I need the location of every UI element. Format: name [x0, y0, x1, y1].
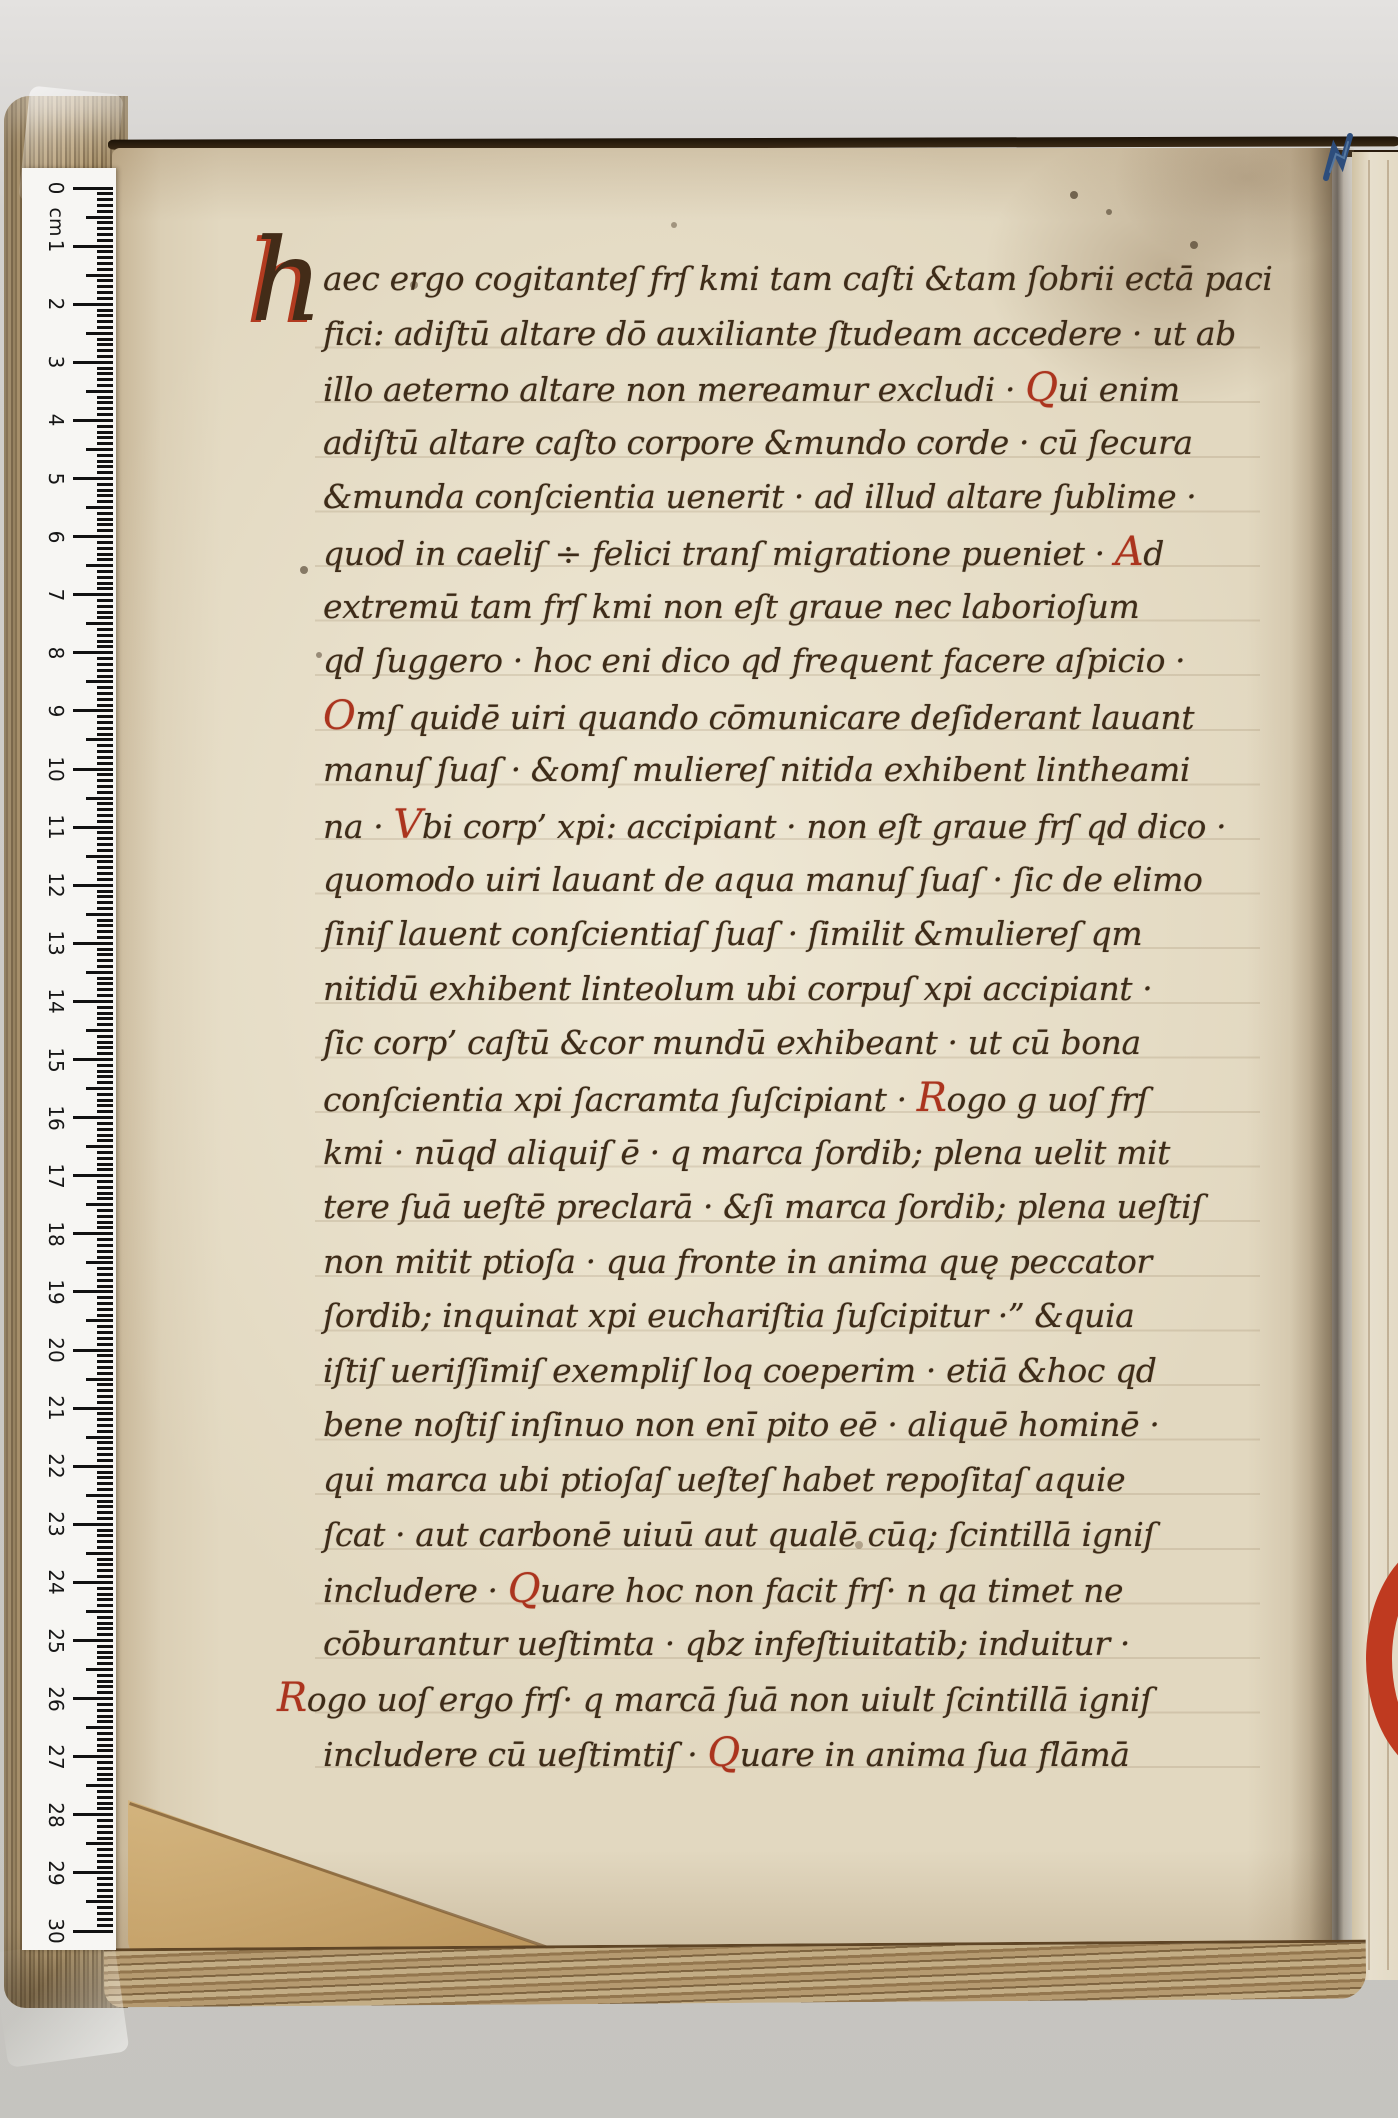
ink-specks: [112, 148, 116, 152]
ruler-tick: [97, 1023, 113, 1026]
ruler-tick: [97, 1685, 113, 1688]
ruler-tick: [97, 1749, 113, 1752]
manuscript-line: kmi · nūqd aliquiſ ē · q marca ſordib; p…: [323, 1126, 1263, 1181]
manuscript-line: qui marca ubi ptioſaſ ueſteſ habet repoſ…: [323, 1453, 1263, 1508]
ruler-tick: [97, 1075, 113, 1078]
ruler-tick: [97, 460, 113, 463]
ruler-tick: [97, 1110, 113, 1113]
ink-text: &munda conſcientia uenerit · ad illud al…: [323, 477, 1196, 516]
ruler-tick: [97, 1778, 113, 1781]
ruler-tick: [97, 1790, 113, 1793]
ink-text: tere ſuā ueſtē preclarā · &ſi marca ſord…: [323, 1187, 1203, 1226]
ruler-tick: [73, 884, 113, 887]
ruler-tick: [86, 913, 113, 916]
rubric-initial: Q: [1025, 365, 1057, 411]
ruler-tick: [97, 1627, 113, 1630]
manuscript-line: iſtiſ ueriſſimiſ exempliſ loq coeperim ·…: [323, 1344, 1263, 1399]
ruler-tick: [73, 1349, 113, 1352]
ruler-tick: [97, 1598, 113, 1601]
ruler-tick: [97, 1046, 113, 1049]
ruler-tick: [97, 436, 113, 439]
ruler-tick: [73, 1813, 113, 1816]
ruler-tick: [97, 1825, 113, 1828]
ruler-tick: [97, 587, 113, 590]
ruler-tick: [73, 1000, 113, 1003]
ruler-tick: [97, 494, 113, 497]
ruler-tick: [97, 675, 113, 678]
ruler-tick: [97, 1767, 113, 1770]
ruler-tick: [97, 1401, 113, 1404]
ruler-tick: [97, 1744, 113, 1747]
ruler-tick: [86, 564, 113, 567]
ruler-tick: [97, 1860, 113, 1863]
ruler-tick: [97, 628, 113, 631]
ruler-number: 28: [44, 1797, 68, 1833]
ruler-tick: [86, 1087, 113, 1090]
ruler-number: 9: [44, 693, 68, 729]
ruler-tick: [97, 343, 113, 346]
ruler-tick: [86, 1668, 113, 1671]
ruler-tick: [97, 1006, 113, 1009]
ink-text: nitidū exhibent linteolum ubi corpuſ xpi…: [323, 969, 1152, 1008]
ruler-tick: [97, 210, 113, 213]
ruler-tick: [97, 611, 113, 614]
ruler-tick: [97, 1505, 113, 1508]
ruler-tick: [97, 1517, 113, 1520]
manuscript-line: aec ergo cogitanteſ frſ kmi tam caſti &t…: [323, 252, 1263, 307]
manuscript-line: Omſ quidē uiri quando cōmunicare deſider…: [323, 689, 1263, 744]
manuscript-line: includere cū ueſtimtiſ · Quare in anima …: [323, 1726, 1263, 1781]
ruler-tick: [97, 977, 113, 980]
ink-text: aec ergo cogitanteſ frſ kmi tam caſti &t…: [323, 259, 1272, 298]
ruler-tick: [86, 448, 113, 451]
ruler-tick: [97, 1488, 113, 1491]
ruler-tick: [97, 268, 113, 271]
ink-text: na ·: [323, 807, 393, 846]
rubric-initial: R: [277, 1675, 307, 1721]
ruler-tick: [97, 1511, 113, 1514]
ink-text: ogo uoſ ergo frſ· q marcā ſuā non uiult …: [307, 1680, 1152, 1719]
ruler-tick: [97, 1889, 113, 1892]
ruler-tick: [97, 762, 113, 765]
ruler-tick: [97, 1807, 113, 1810]
ruler-tick: [97, 1296, 113, 1299]
ruler-tick: [97, 1424, 113, 1427]
ruler-tick: [86, 738, 113, 741]
ruler-tick: [97, 1041, 113, 1044]
ruler-tick: [97, 367, 113, 370]
ruler-tick: [97, 1192, 113, 1195]
ruler-tick: [97, 1680, 113, 1683]
ruler-tick: [97, 1447, 113, 1450]
ruler-tick: [97, 1395, 113, 1398]
ruler-tick: [97, 895, 113, 898]
ruler-tick: [97, 645, 113, 648]
ink-text: quomodo uiri lauant de aqua manuſ ſuaſ ·…: [323, 860, 1203, 899]
ruler-tick: [97, 1575, 113, 1578]
ruler-tick: [97, 500, 113, 503]
manuscript-line: extremū tam frſ kmi non eſt graue nec la…: [323, 580, 1263, 635]
ruler-tick: [97, 1837, 113, 1840]
ruler-tick: [73, 1930, 113, 1933]
ruler-tick: [86, 1203, 113, 1206]
ruler-tick: [97, 907, 113, 910]
ruler-number: 26: [44, 1681, 68, 1717]
ruler-tick: [97, 843, 113, 846]
ruler-tick: [97, 1267, 113, 1270]
ruler-tick: [73, 768, 113, 771]
ruler-tick: [73, 1871, 113, 1874]
ruler-tick: [97, 465, 113, 468]
ruler-tick: [86, 506, 113, 509]
ruler-tick: [97, 1070, 113, 1073]
ink-text: qd ſuggero · hoc eni dico qd frequent fa…: [323, 641, 1185, 680]
manuscript-line: na · Vbi corp’ xpi: accipiant · non eſt …: [323, 798, 1263, 853]
ink-text: uare hoc non facit frſ· n qa timet ne: [540, 1571, 1123, 1610]
ruler-tick: [97, 523, 113, 526]
ruler-tick: [97, 262, 113, 265]
ruler-tick: [97, 1877, 113, 1880]
ruler-tick: [97, 1366, 113, 1369]
ruler-tick: [97, 1651, 113, 1654]
ruler-tick: [97, 1622, 113, 1625]
ruler-tick: [97, 953, 113, 956]
ruler-tick: [97, 192, 113, 195]
ruler-tick: [97, 198, 113, 201]
ruler-tick: [97, 1337, 113, 1340]
ruler-tick: [97, 1895, 113, 1898]
ruler-tick: [97, 878, 113, 881]
ruler-tick: [97, 1633, 113, 1636]
ruler-tick: [97, 657, 113, 660]
ruler-tick: [97, 1012, 113, 1015]
ruler-tick: [97, 326, 113, 329]
ruler-tick: [97, 1064, 113, 1067]
manuscript-line: includere · Quare hoc non facit frſ· n q…: [323, 1562, 1263, 1617]
ruler-tick: [97, 1389, 113, 1392]
ruler-tick: [73, 1407, 113, 1410]
ruler-tick: [86, 855, 113, 858]
ruler-tick: [86, 1494, 113, 1497]
ruler-number: 5: [44, 461, 68, 497]
ruler-tick: [97, 948, 113, 951]
ruler-tick: [97, 1093, 113, 1096]
ruler-tick: [97, 814, 113, 817]
ruler-tick: [97, 640, 113, 643]
ruler-tick: [97, 1500, 113, 1503]
ruler-tick: [97, 936, 113, 939]
ruler-tick: [86, 1029, 113, 1032]
ruler-number: 10: [44, 751, 68, 787]
ruler-tick: [97, 1412, 113, 1415]
ruler-tick: [97, 837, 113, 840]
ruler-tick: [86, 1436, 113, 1439]
manuscript-line: cōburantur ueſtimta · qbz infeſtiuitatib…: [323, 1617, 1263, 1672]
ruler-tick: [73, 1755, 113, 1758]
rubric-initial: Q: [508, 1566, 540, 1612]
ink-text: bene noſtiſ inſinuo non enī pito eē · al…: [323, 1405, 1159, 1444]
ink-text: kmi · nūqd aliquiſ ē · q marca ſordib; p…: [323, 1133, 1170, 1172]
ruler-tick: [97, 1308, 113, 1311]
ink-text: cōburantur ueſtimta · qbz infeſtiuitatib…: [323, 1624, 1130, 1663]
ruler-number: 17: [44, 1158, 68, 1194]
ruler-tick: [97, 547, 113, 550]
ruler-tick: [97, 634, 113, 637]
ruler-tick: [73, 245, 113, 248]
ink-text: includere cū ueſtimtiſ ·: [323, 1735, 707, 1774]
manuscript-line: bene noſtiſ inſinuo non enī pito eē · al…: [323, 1398, 1263, 1453]
ruler-tick: [86, 1900, 113, 1903]
ruler-tick: [86, 971, 113, 974]
ruler-tick: [97, 988, 113, 991]
ruler-number: 11: [44, 809, 68, 845]
ink-text: illo aeterno altare non mereamur excludi…: [323, 370, 1025, 409]
ruler-tick: [73, 303, 113, 306]
ruler-tick: [97, 1738, 113, 1741]
ruler-tick: [97, 1540, 113, 1543]
book-gutter-shadow: [1290, 148, 1354, 1980]
manuscript-line: ſiniſ lauent conſcientiaſ ſuaſ · ſimilit…: [323, 907, 1263, 962]
ruler-number: 2: [44, 286, 68, 322]
ruler-tick: [73, 1639, 113, 1642]
ruler-tick: [73, 1232, 113, 1235]
ruler-tick: [97, 1279, 113, 1282]
ruler-tick: [73, 1174, 113, 1177]
ruler-tick: [97, 314, 113, 317]
ruler-tick: [97, 616, 113, 619]
ruler-tick: [73, 593, 113, 596]
ruler-unit-label: cm: [45, 204, 67, 240]
ruler-tick: [97, 1720, 113, 1723]
ruler-tick: [97, 1134, 113, 1137]
ruler-tick: [97, 1476, 113, 1479]
ruler-tick: [97, 727, 113, 730]
ruler-tick: [97, 715, 113, 718]
ruler-tick: [97, 396, 113, 399]
ruler-tick: [97, 355, 113, 358]
ruler-number: 4: [44, 402, 68, 438]
ruler-tick: [97, 1563, 113, 1566]
ruler-tick: [73, 1465, 113, 1468]
ruler-tick: [73, 1116, 113, 1119]
ruler-tick: [97, 1482, 113, 1485]
manuscript-photo-scene: 0123456789101112131415161718192021222324…: [0, 0, 1398, 2118]
ink-text: d: [1143, 534, 1164, 573]
rubric-initial: Q: [707, 1730, 739, 1776]
ink-text: quod in caeliſ ÷ felici tranſ migratione…: [323, 534, 1115, 573]
ink-text: iſtiſ ueriſſimiſ exempliſ loq coeperim ·…: [323, 1351, 1157, 1390]
ruler-number: 7: [44, 577, 68, 613]
manuscript-text-block: aec ergo cogitanteſ frſ kmi tam caſti &t…: [323, 252, 1263, 1781]
ruler-number: 19: [44, 1274, 68, 1310]
ruler-number: 8: [44, 635, 68, 671]
ruler-tick: [97, 872, 113, 875]
ruler-tick: [97, 663, 113, 666]
ruler-tick: [97, 1593, 113, 1596]
ruler-tick: [97, 1186, 113, 1189]
rubric-initial: V: [393, 802, 422, 848]
ruler-tick: [97, 1831, 113, 1834]
ruler-tick: [97, 309, 113, 312]
ruler-tick: [97, 1099, 113, 1102]
ruler-tick: [97, 221, 113, 224]
ruler-tick: [97, 1256, 113, 1259]
ruler-tick: [97, 1883, 113, 1886]
ruler-tick: [97, 291, 113, 294]
ink-text: ſiniſ lauent conſcientiaſ ſuaſ · ſimilit…: [323, 914, 1142, 953]
ruler-tick: [97, 1215, 113, 1218]
ruler-number: 13: [44, 925, 68, 961]
ruler-tick: [97, 1302, 113, 1305]
ruler-tick: [97, 512, 113, 515]
ruler-tick: [97, 1604, 113, 1607]
ruler-tick: [73, 535, 113, 538]
ruler-tick: [97, 1459, 113, 1462]
ruler-tick: [97, 924, 113, 927]
ruler-tick: [97, 919, 113, 922]
ruler-tick: [97, 401, 113, 404]
manuscript-line: ſic corp’ caſtū &cor mundū exhibeant · u…: [323, 1016, 1263, 1071]
ruler-tick: [97, 297, 113, 300]
ruler-tick: [97, 1558, 113, 1561]
ink-text: qui marca ubi ptioſaſ ueſteſ habet repoſ…: [323, 1460, 1125, 1499]
ruler-tick: [97, 1238, 113, 1241]
manuscript-line: conſcientia xpi ſacramta ſuſcipiant · Ro…: [323, 1071, 1263, 1126]
ruler-tick: [97, 994, 113, 997]
ruler-tick: [97, 1180, 113, 1183]
ruler-tick: [97, 982, 113, 985]
ink-text: non mitit ptioſa · qua fronte in anima q…: [323, 1242, 1152, 1281]
ruler-tick: [97, 239, 113, 242]
ruler-tick: [97, 1924, 113, 1927]
ruler-tick: [97, 1773, 113, 1776]
ruler-tick: [73, 419, 113, 422]
manuscript-line: tere ſuā ueſtē preclarā · &ſi marca ſord…: [323, 1180, 1263, 1235]
ruler-tick: [97, 1819, 113, 1822]
ruler-tick: [97, 1529, 113, 1532]
ruler-tick: [86, 332, 113, 335]
ruler-tick: [97, 890, 113, 893]
manuscript-line: &munda conſcientia uenerit · ad illud al…: [323, 470, 1263, 525]
ruler-tick: [97, 750, 113, 753]
ruler-tick: [97, 558, 113, 561]
ruler-tick: [97, 965, 113, 968]
ruler-tick: [86, 1319, 113, 1322]
ruler-number: 3: [44, 344, 68, 380]
ruler-tick: [86, 797, 113, 800]
ruler-number: 24: [44, 1564, 68, 1600]
ruler-tick: [97, 1453, 113, 1456]
ruler-tick: [97, 686, 113, 689]
ruler-tick: [97, 442, 113, 445]
ruler-tick: [86, 680, 113, 683]
book-bottom-page-edges: [104, 1940, 1366, 2008]
ruler-tick: [97, 1017, 113, 1020]
ruler-tick: [86, 1726, 113, 1729]
ruler-tick: [97, 349, 113, 352]
ruler-tick: [97, 1674, 113, 1677]
ruler-tick: [97, 1331, 113, 1334]
manuscript-line: ſcat · aut carbonē uiuū aut qualē cūq; ſ…: [323, 1508, 1263, 1563]
ruler-tick: [97, 959, 113, 962]
ruler-tick: [97, 256, 113, 259]
manuscript-line: non mitit ptioſa · qua fronte in anima q…: [323, 1235, 1263, 1290]
ink-text: ſordib; inquinat xpi euchariſtia ſuſcipi…: [323, 1296, 1134, 1335]
ruler-tick: [97, 1273, 113, 1276]
ruler-tick: [97, 483, 113, 486]
ruler-tick: [73, 1581, 113, 1584]
ink-text: mſ quidē uiri quando cōmunicare deſidera…: [355, 698, 1194, 737]
ruler-tick: [97, 791, 113, 794]
ruler-tick: [97, 692, 113, 695]
ruler-number: 12: [44, 867, 68, 903]
ruler-tick: [97, 733, 113, 736]
ink-text: ſic corp’ caſtū &cor mundū exhibeant · u…: [323, 1023, 1141, 1062]
ruler-tick: [97, 1912, 113, 1915]
ruler-tick: [97, 1418, 113, 1421]
ruler-tick: [97, 471, 113, 474]
ruler-tick: [97, 1383, 113, 1386]
ruler-number: 18: [44, 1216, 68, 1252]
manuscript-line: fici: adiſtū altare dō auxiliante ſtudea…: [323, 307, 1263, 362]
ruler-tick: [97, 489, 113, 492]
ruler-tick: [97, 698, 113, 701]
ruler-tick: [97, 529, 113, 532]
ink-text: ui enim: [1058, 370, 1180, 409]
ruler-tick: [97, 372, 113, 375]
ruler-tick: [97, 1906, 113, 1909]
ruler-tick: [97, 1732, 113, 1735]
ruler-tick: [73, 187, 113, 190]
ruler-tick: [97, 1656, 113, 1659]
manuscript-line: qd ſuggero · hoc eni dico qd frequent fa…: [323, 634, 1263, 689]
ruler-tick: [97, 1325, 113, 1328]
ruler-tick: [97, 1139, 113, 1142]
rubric-initial: O: [323, 693, 355, 739]
ruler-tick: [97, 779, 113, 782]
ruler-tick: [97, 1250, 113, 1253]
ruler-tick: [86, 1261, 113, 1264]
ruler-number: 20: [44, 1332, 68, 1368]
ruler-tick: [97, 785, 113, 788]
ruler-tick: [73, 942, 113, 945]
ruler-tick: [97, 1471, 113, 1474]
ink-text: ogo g uoſ frſ: [947, 1080, 1149, 1119]
manuscript-line: ſordib; inquinat xpi euchariſtia ſuſcipi…: [323, 1289, 1263, 1344]
ruler-tick: [97, 1866, 113, 1869]
ruler-tick: [97, 1285, 113, 1288]
ruler-tick: [97, 338, 113, 341]
ruler-tick: [97, 1703, 113, 1706]
ink-text: fici: adiſtū altare dō auxiliante ſtudea…: [323, 314, 1236, 353]
ruler-tick: [97, 1221, 113, 1224]
ruler-tick: [97, 1569, 113, 1572]
ruler-number: 22: [44, 1448, 68, 1484]
ruler-tick: [97, 1534, 113, 1537]
ruler-tick: [97, 704, 113, 707]
ruler-tick: [97, 756, 113, 759]
ruler-tick: [97, 1796, 113, 1799]
ruler-tick: [97, 413, 113, 416]
ink-text: ſcat · aut carbonē uiuū aut qualē cūq; ſ…: [323, 1515, 1155, 1554]
ruler-tick: [97, 1546, 113, 1549]
manuscript-line: adiſtū altare caſto corpore &mundo corde…: [323, 416, 1263, 471]
ruler-tick: [97, 1035, 113, 1038]
manuscript-line: nitidū exhibent linteolum ubi corpuſ xpi…: [323, 962, 1263, 1017]
ruler-tick: [73, 826, 113, 829]
ruler-tick: [97, 1441, 113, 1444]
ruler-tick: [97, 1314, 113, 1317]
